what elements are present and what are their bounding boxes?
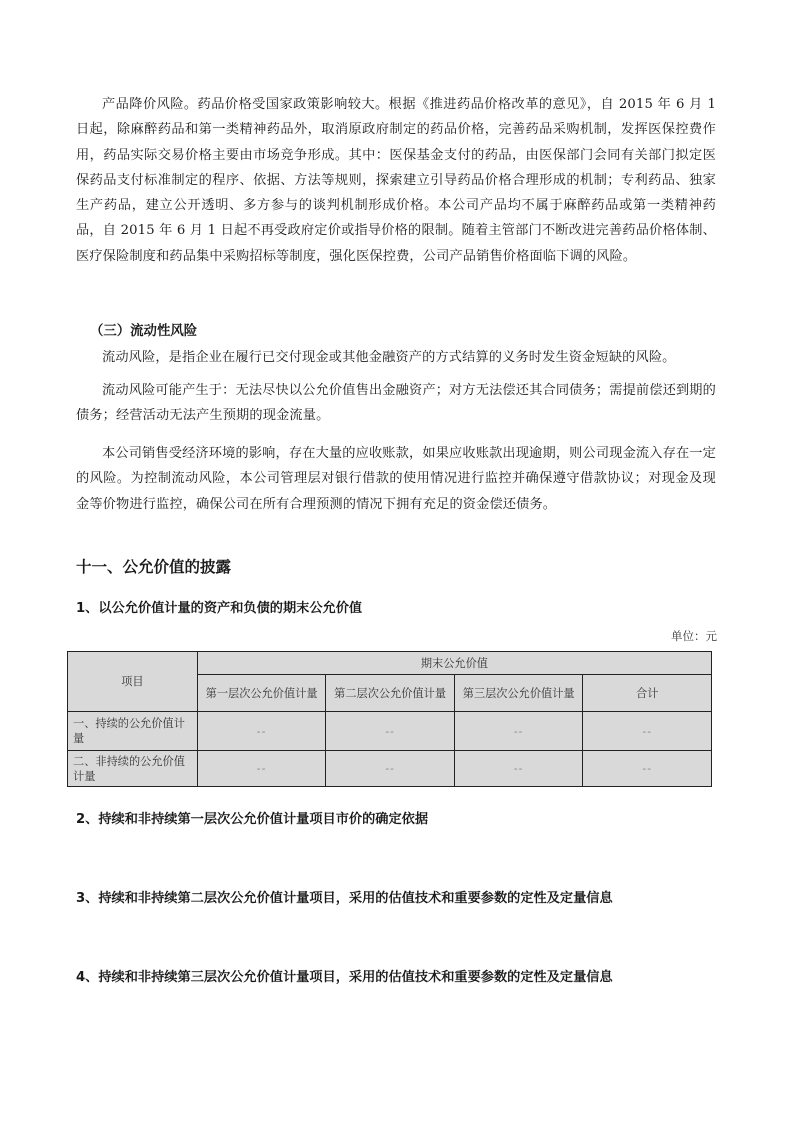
header-total: 合计 xyxy=(583,675,712,712)
heading-liquidity-risk: （三）流动性风险 xyxy=(90,320,197,339)
cell-value: -- xyxy=(326,712,455,751)
cell-value: -- xyxy=(197,712,326,751)
paragraph-liquidity-definition: 流动风险，是指企业在履行已交付现金或其他金融资产的方式结算的义务时发生资金短缺的… xyxy=(76,345,716,370)
header-item: 项目 xyxy=(68,652,198,712)
cell-value: -- xyxy=(454,712,583,751)
table-row: 一、持续的公允价值计量 -- -- -- -- xyxy=(68,712,712,751)
cell-value: -- xyxy=(583,712,712,751)
unit-label: 单位：元 xyxy=(671,628,717,644)
subheading-3: 3、持续和非持续第二层次公允价值计量项目，采用的估值技术和重要参数的定性及定量信… xyxy=(76,887,613,906)
fair-value-table: 项目 期末公允价值 第一层次公允价值计量 第二层次公允价值计量 第三层次公允价值… xyxy=(67,651,712,787)
paragraph-price-risk: 产品降价风险。药品价格受国家政策影响较大。根据《推进药品价格改革的意见》，自 2… xyxy=(76,92,716,269)
header-level-1: 第一层次公允价值计量 xyxy=(197,675,326,712)
subheading-4: 4、持续和非持续第三层次公允价值计量项目，采用的估值技术和重要参数的定性及定量信… xyxy=(76,966,613,985)
subheading-2: 2、持续和非持续第一层次公允价值计量项目市价的确定依据 xyxy=(76,808,428,827)
cell-value: -- xyxy=(454,751,583,787)
paragraph-liquidity-sources: 流动风险可能产生于：无法尽快以公允价值售出金融资产；对方无法偿还其合同债务；需提… xyxy=(76,378,716,429)
header-period-end-fair-value: 期末公允价值 xyxy=(197,652,711,675)
header-level-3: 第三层次公允价值计量 xyxy=(454,675,583,712)
header-level-2: 第二层次公允价值计量 xyxy=(326,675,455,712)
cell-value: -- xyxy=(583,751,712,787)
cell-value: -- xyxy=(326,751,455,787)
row-label: 一、持续的公允价值计量 xyxy=(68,712,198,751)
subheading-1: 1、以公允价值计量的资产和负债的期末公允价值 xyxy=(76,597,362,616)
cell-value: -- xyxy=(197,751,326,787)
table-row: 二、非持续的公允价值计量 -- -- -- -- xyxy=(68,751,712,787)
row-label: 二、非持续的公允价值计量 xyxy=(68,751,198,787)
paragraph-liquidity-company: 本公司销售受经济环境的影响，存在大量的应收账款，如果应收账款出现逾期，则公司现金… xyxy=(76,441,716,517)
section-title-fair-value: 十一、公允价值的披露 xyxy=(76,555,231,577)
